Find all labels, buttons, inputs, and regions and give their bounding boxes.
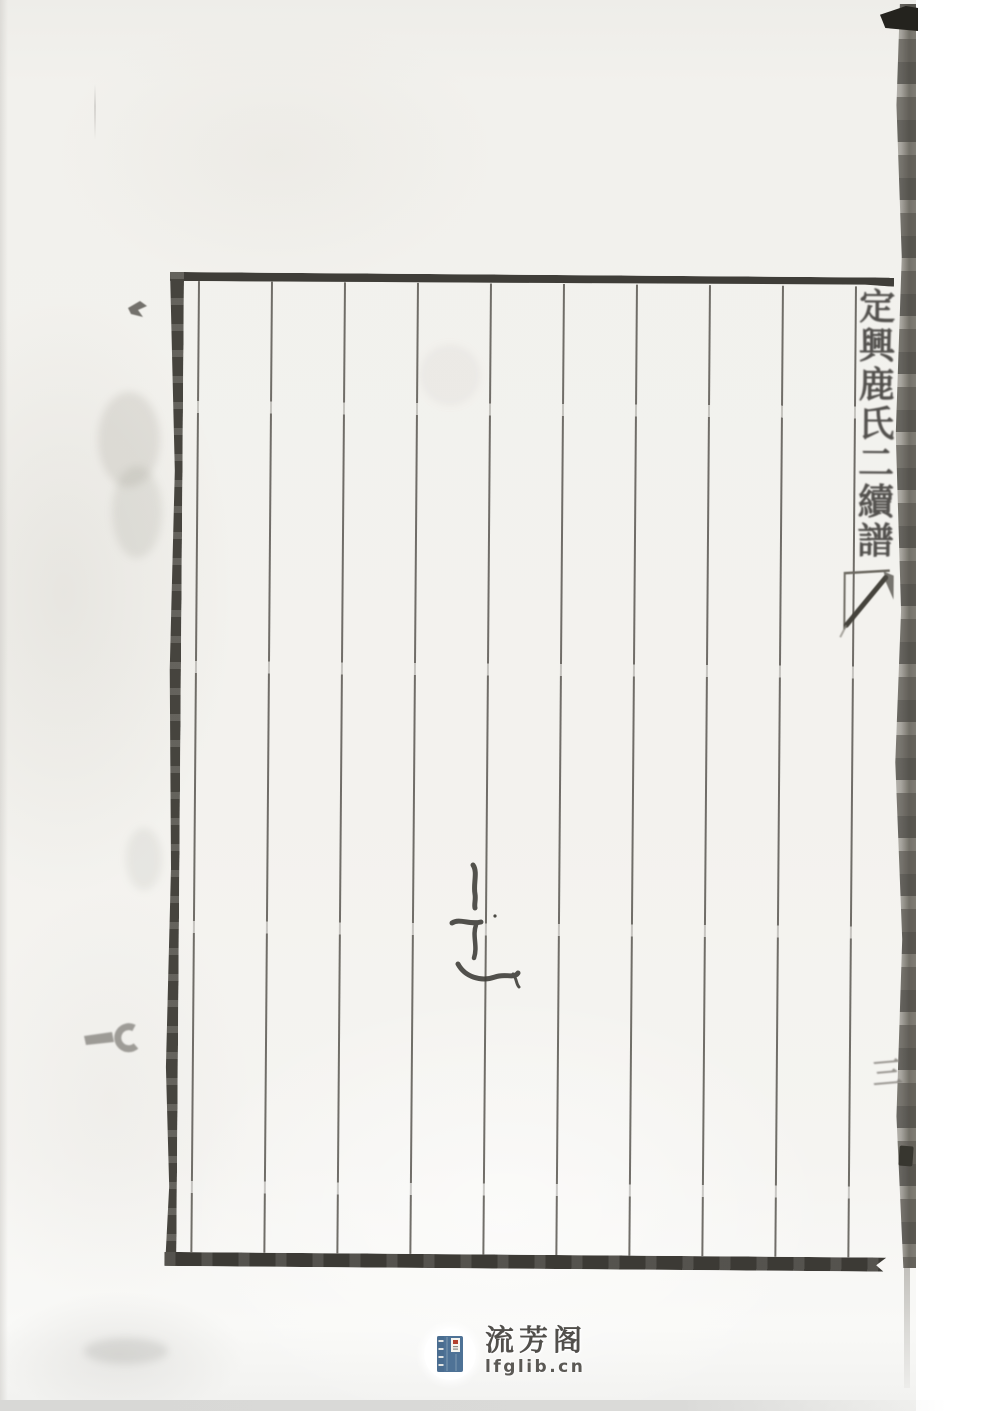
watermark-site-name: 流芳阁 <box>485 1325 587 1356</box>
spine-title-column: 定興鹿氏二續譜 <box>852 287 894 587</box>
bottom-scan-edge <box>0 1400 946 1411</box>
edge-ink-mark <box>898 1146 913 1167</box>
watermark-badge <box>424 1328 476 1380</box>
column-line <box>190 281 200 1252</box>
column-line <box>263 282 273 1253</box>
margin-ink-mark <box>126 299 150 321</box>
bleed-smudge <box>112 466 162 558</box>
bleed-smudge <box>126 828 162 890</box>
book-icon <box>434 1334 466 1374</box>
bleed-smudge <box>420 345 480 405</box>
paper-crease <box>94 84 96 140</box>
left-paper-edge-shade <box>0 0 8 1411</box>
column-line <box>555 284 565 1255</box>
watermark-domain: lfglib.cn <box>485 1357 587 1377</box>
column-line <box>336 282 346 1253</box>
page-frame: 定興鹿氏二續譜 <box>162 272 894 1272</box>
bleed-smudge <box>84 1338 168 1364</box>
ink-squiggle <box>443 852 533 992</box>
book-title-vertical: 定興鹿氏二續譜 <box>852 287 894 587</box>
column-line <box>774 286 784 1257</box>
folio-number: 三 <box>870 1046 914 1093</box>
watermark: 流芳阁 lfglib.cn <box>424 1325 587 1380</box>
fishtail-mark <box>837 565 896 660</box>
right-paper-edge-fade <box>904 1268 910 1388</box>
column-line <box>701 285 711 1256</box>
column-line <box>628 285 638 1256</box>
column-line <box>409 283 419 1254</box>
margin-gray-mark <box>82 1020 140 1056</box>
column-line <box>482 283 492 1254</box>
